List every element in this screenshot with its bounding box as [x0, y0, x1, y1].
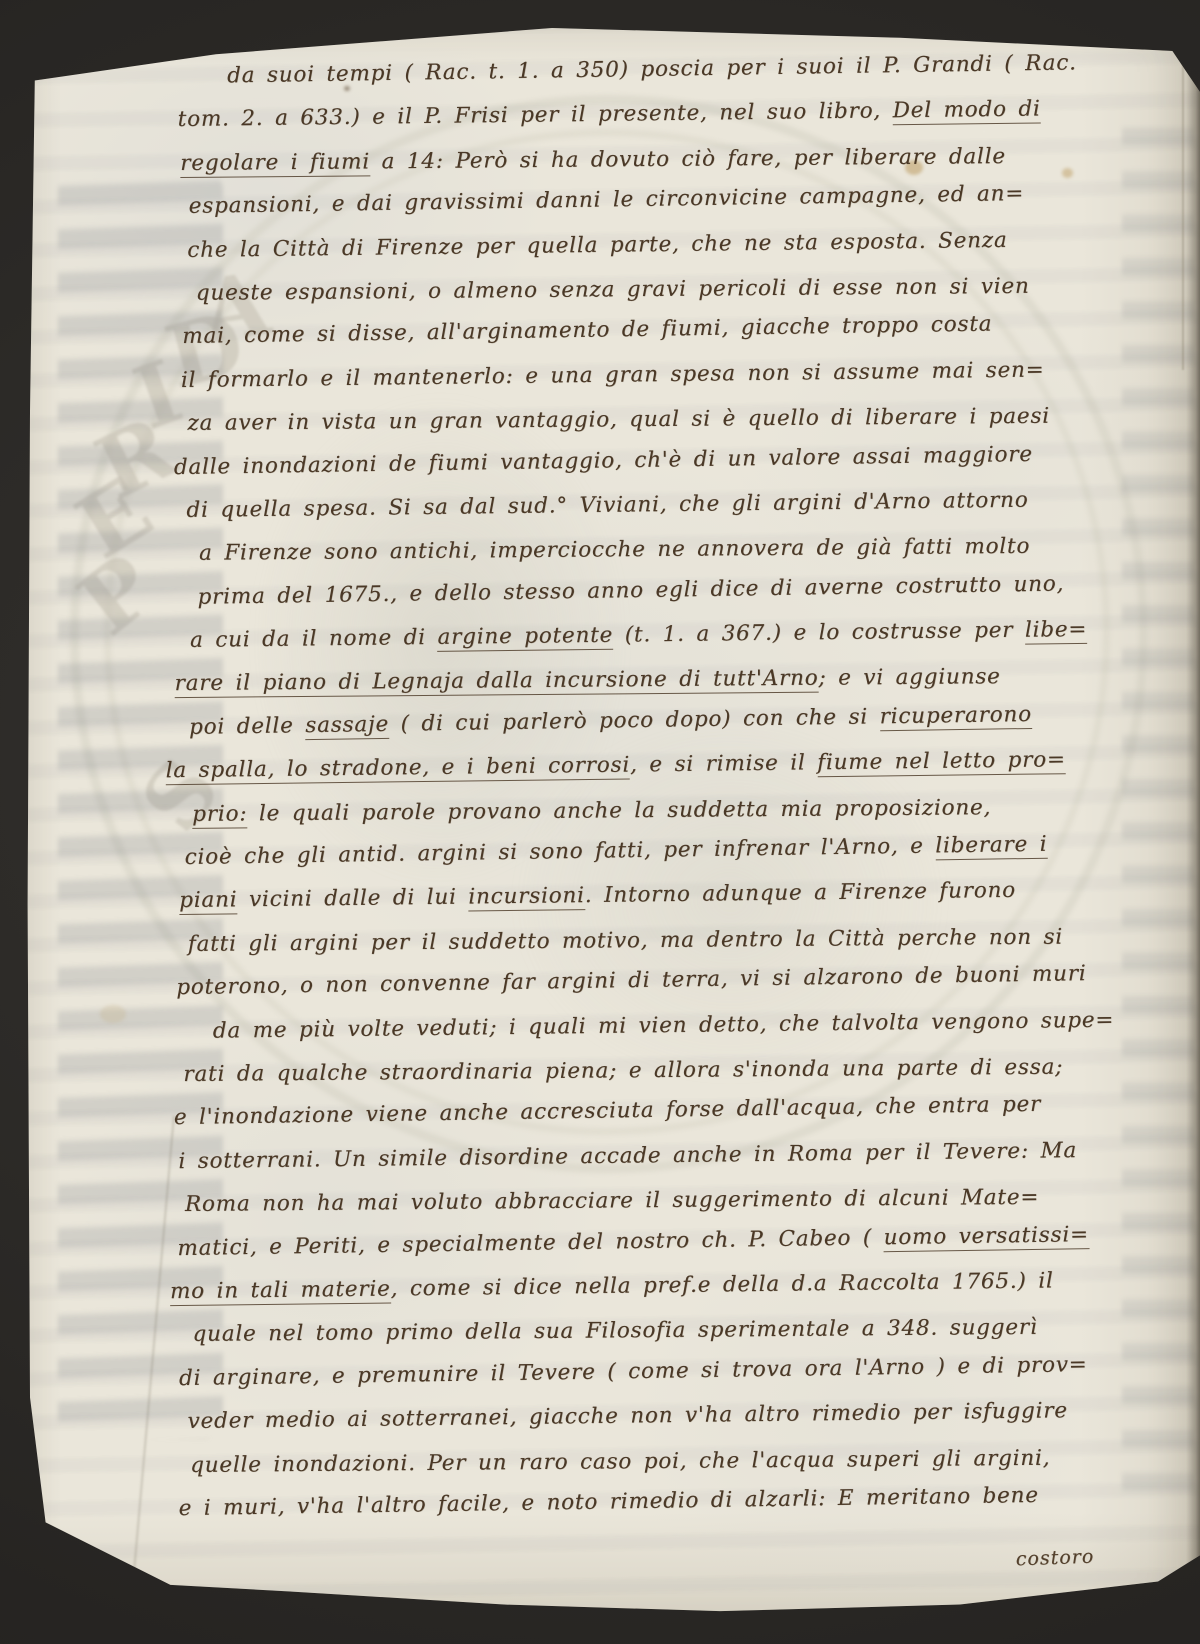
manuscript-page: SPERIDA 3 da suoi tempi ( Rac. t. 1. a 3…	[0, 0, 1200, 1644]
page-number: 3	[176, 33, 186, 51]
paper-edge-shadow	[0, 0, 1200, 1644]
photo-background-mat: SPERIDA 3 da suoi tempi ( Rac. t. 1. a 3…	[0, 0, 1200, 1644]
